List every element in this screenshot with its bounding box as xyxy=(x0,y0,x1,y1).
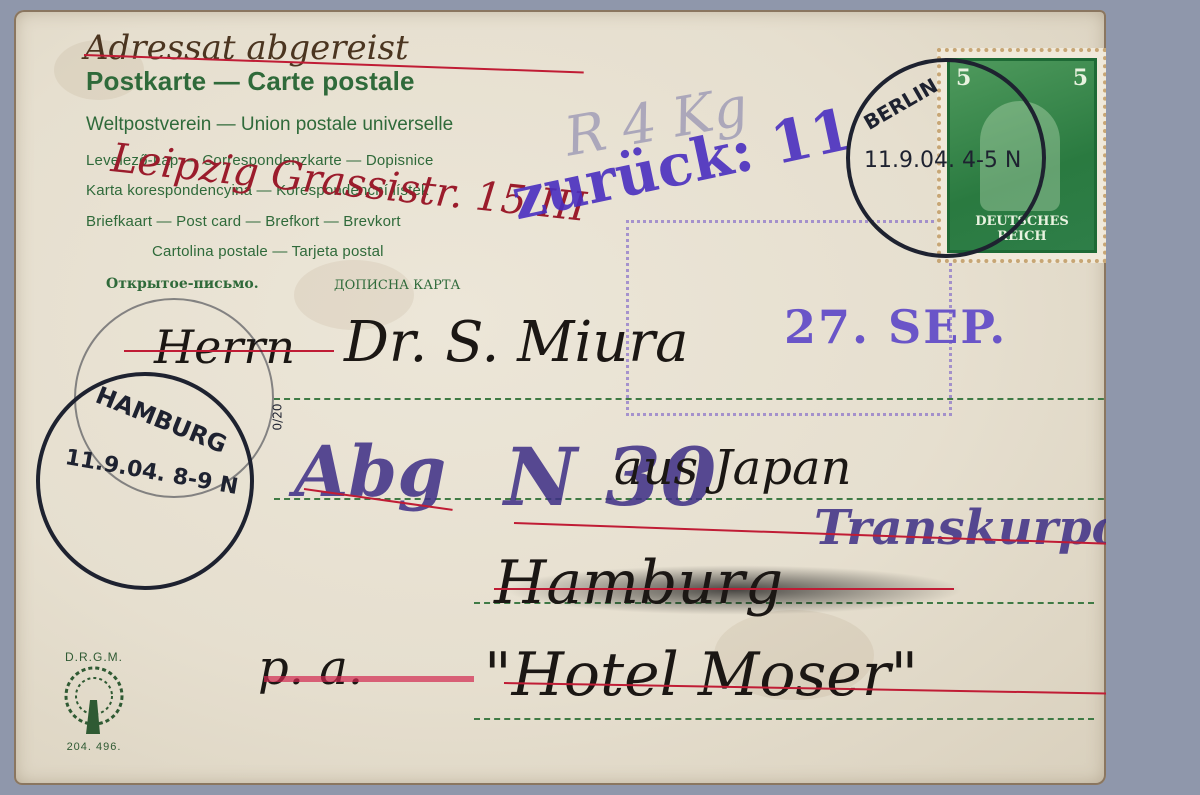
date-box-stamp: 27. SEP. xyxy=(784,300,1007,354)
strike-line xyxy=(264,676,474,682)
care-of-prefix: p. a. xyxy=(258,640,363,696)
printed-line-6-right: ДОПИСНА КАРТА xyxy=(334,278,460,293)
address-line-3: Hamburg xyxy=(494,548,783,618)
peacock-icon xyxy=(59,664,129,736)
pencil-abg: Abg xyxy=(294,430,446,513)
address-line-4: "Hotel Moser" xyxy=(484,640,918,710)
pencil-forward-note: Transkurpost xyxy=(814,500,1106,556)
berlin-postmark-date: 11.9.04. 4-5 N xyxy=(864,148,1021,173)
stamp-value-right: 5 xyxy=(1073,65,1088,91)
struck-note: Adressat abgereist xyxy=(84,28,409,68)
strike-line xyxy=(494,588,954,590)
address-line xyxy=(474,718,1094,720)
postcard: Postkarte — Carte postale Weltpostverein… xyxy=(14,10,1106,785)
printed-line-5: Cartolina postale — Tarjeta postal xyxy=(152,243,384,260)
address-line-2: aus Japan xyxy=(614,440,852,496)
printed-line-6-left: Открытое-письмо. xyxy=(106,276,259,292)
printed-title: Postkarte — Carte postale xyxy=(86,66,415,97)
logo-number: 204. 496. xyxy=(54,741,134,753)
printed-line-4: Briefkaart — Post card — Brefkort — Brev… xyxy=(86,213,401,230)
hamburg-postmark-side: 0/20 xyxy=(270,404,284,431)
printed-line-1: Weltpostverein — Union postale universel… xyxy=(86,114,453,136)
logo-mark: D.R.G.M. xyxy=(54,650,134,664)
drgm-logo: D.R.G.M. 204. 496. xyxy=(54,650,134,753)
